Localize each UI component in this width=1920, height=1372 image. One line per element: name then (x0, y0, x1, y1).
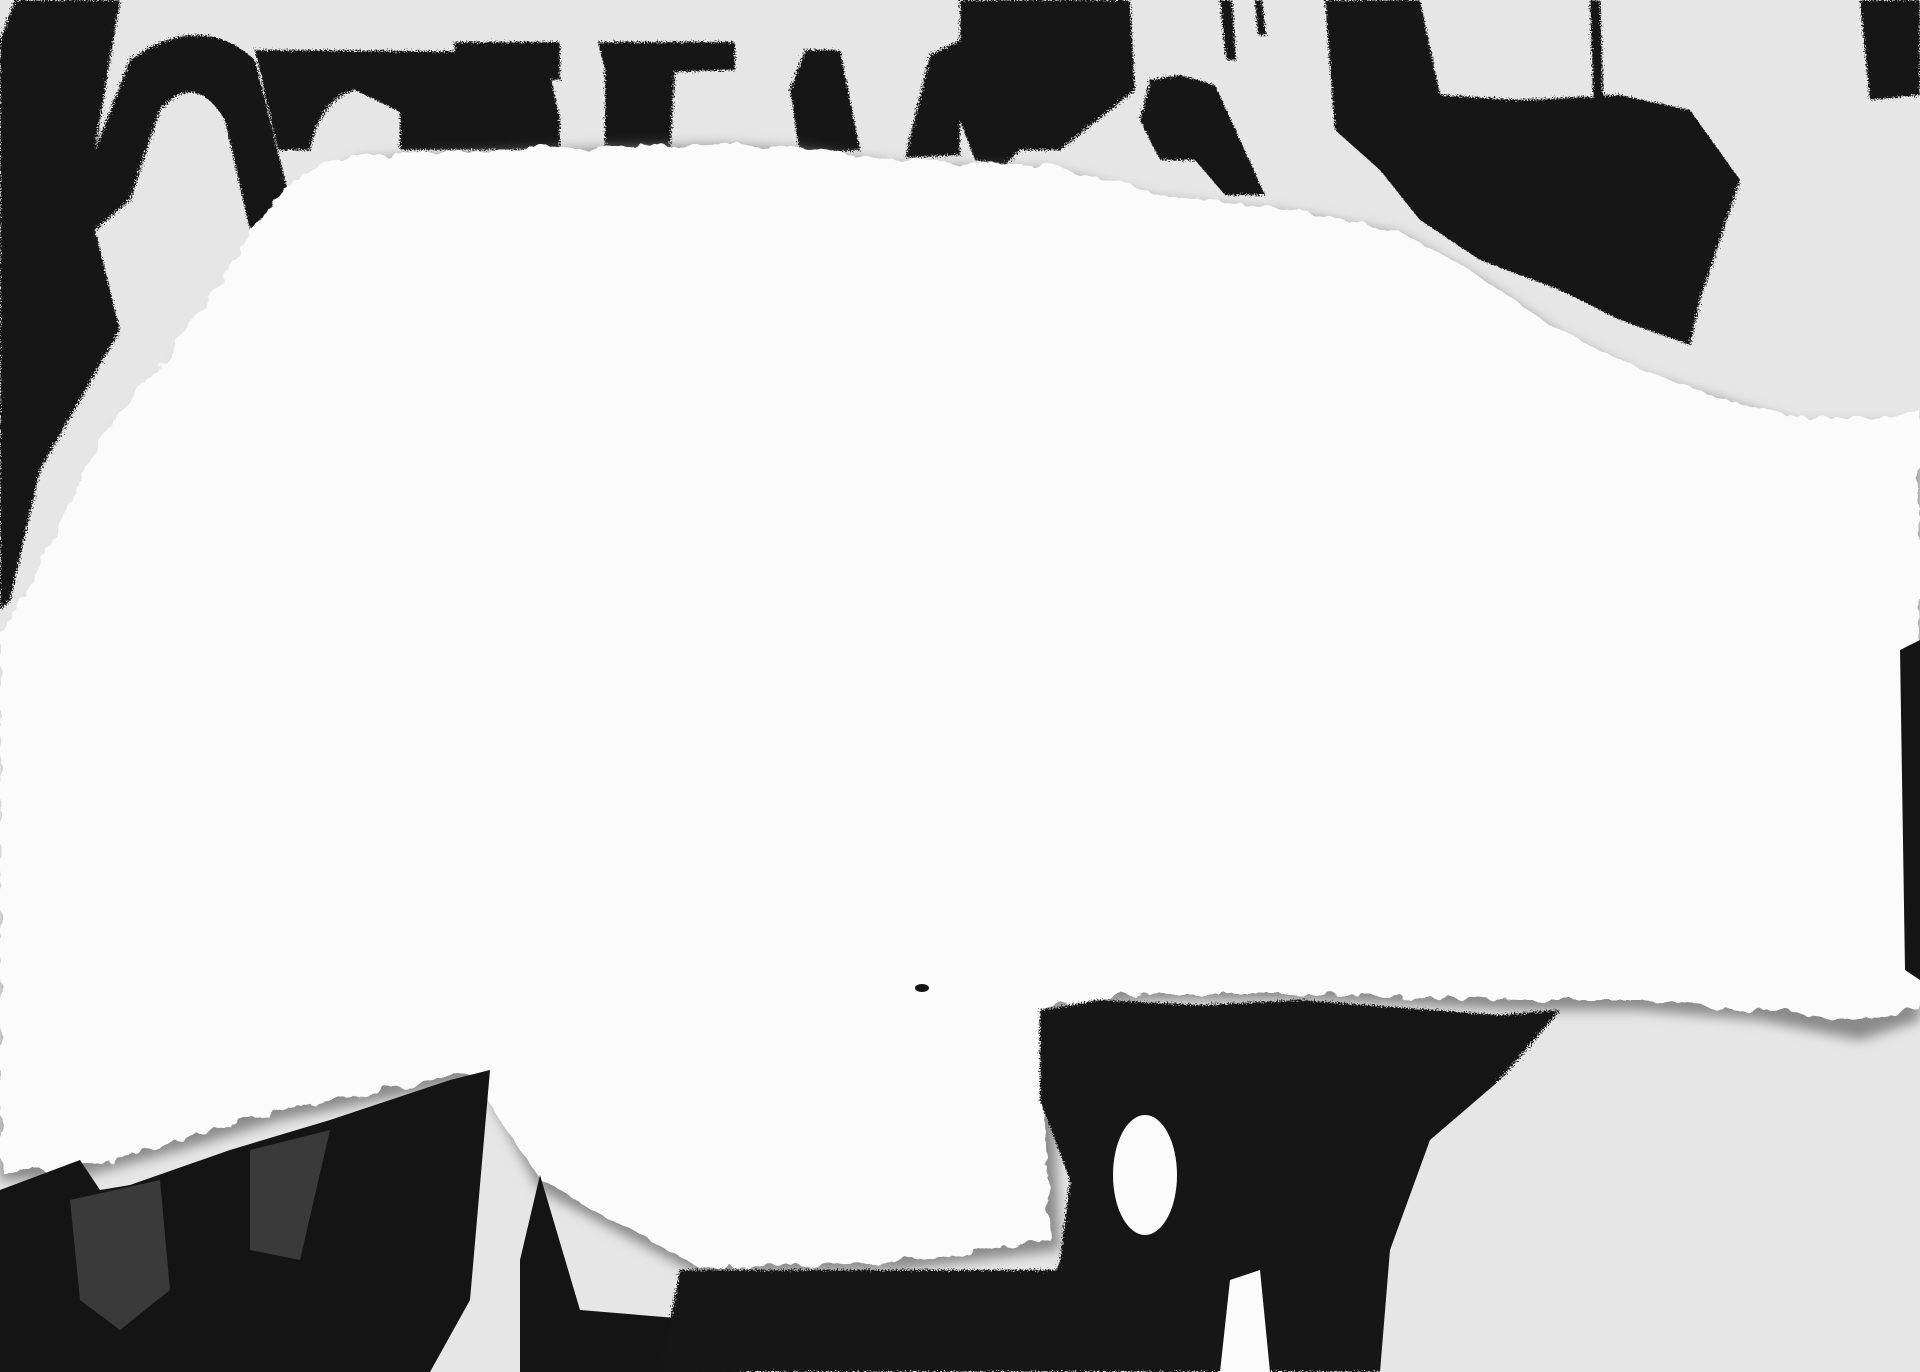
torn-poster-artwork (0, 0, 1920, 1372)
paper-speck (915, 984, 929, 992)
torn-poster-scene (0, 0, 1920, 1372)
